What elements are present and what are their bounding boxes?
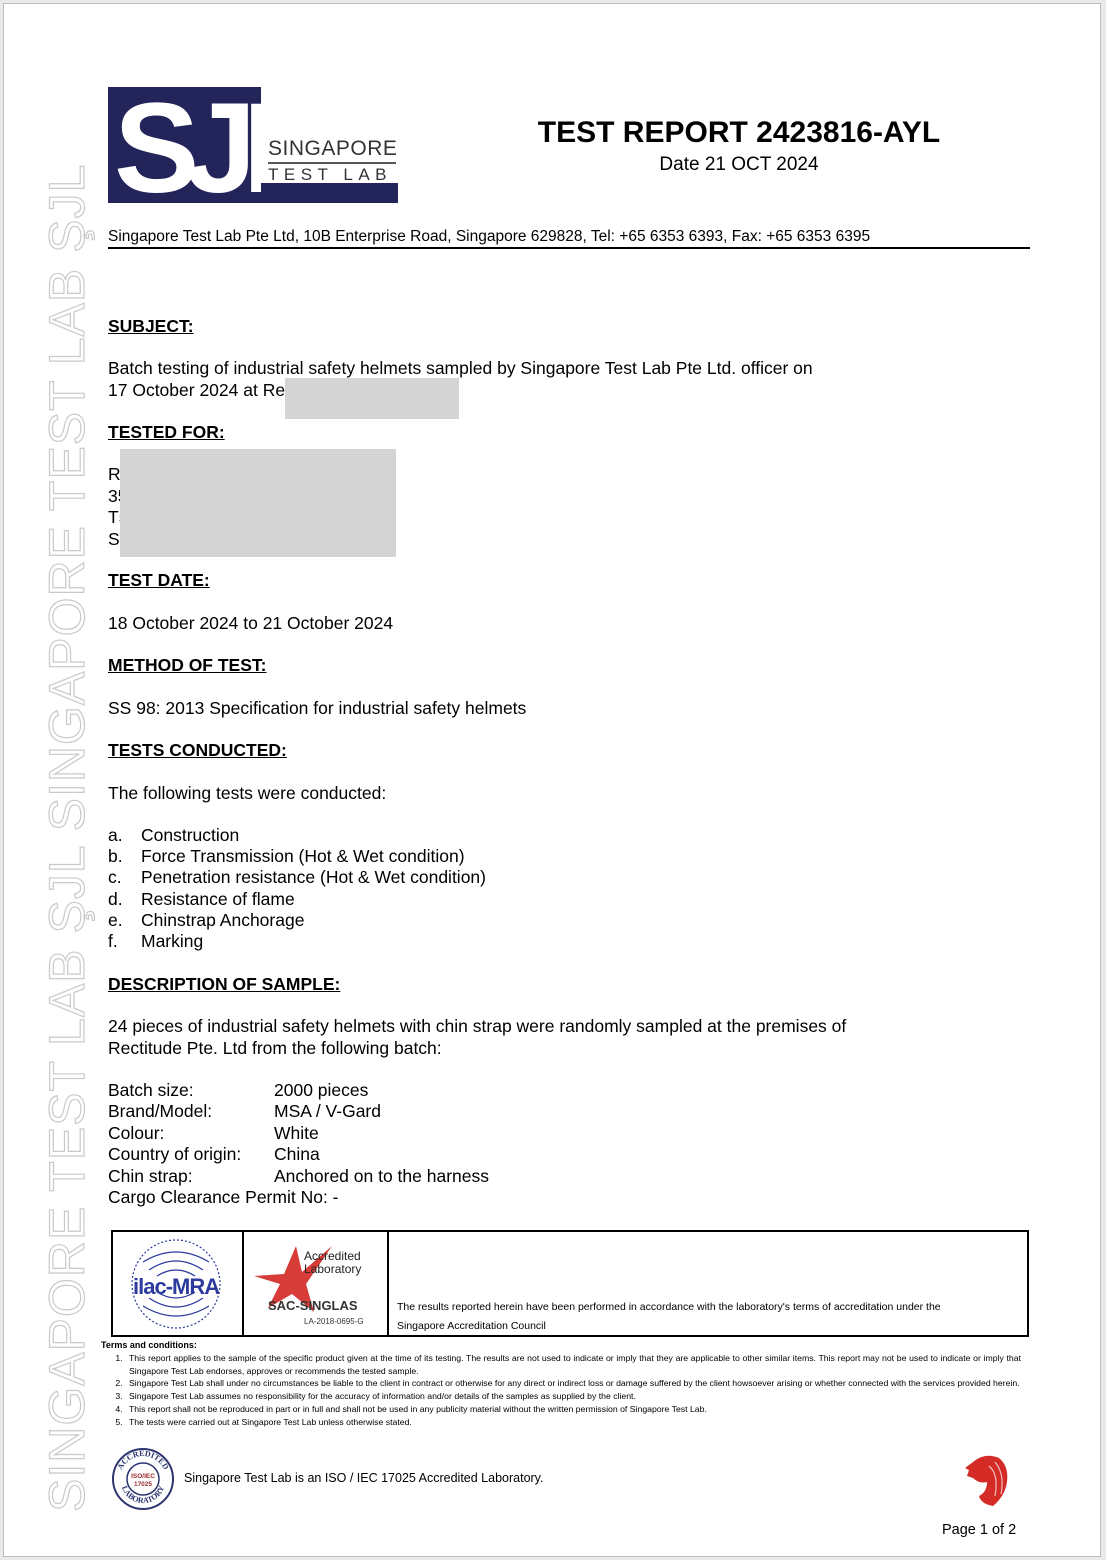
field-row: Batch size:2000 pieces	[108, 1080, 489, 1101]
subject-line-1: Batch testing of industrial safety helme…	[108, 358, 813, 380]
field-row: Chin strap:Anchored on to the harness	[108, 1166, 489, 1187]
list-item: f.Marking	[108, 931, 486, 952]
field-value: 2000 pieces	[274, 1080, 368, 1101]
field-value: Anchored on to the harness	[274, 1166, 489, 1187]
sample-line-1: 24 pieces of industrial safety helmets w…	[108, 1016, 846, 1038]
subject-text: Batch testing of industrial safety helme…	[108, 358, 813, 401]
list-marker: d.	[108, 889, 141, 910]
logo-text-singapore: SINGAPORE	[268, 137, 397, 161]
field-key: Brand/Model:	[108, 1101, 274, 1122]
statement-line-2: Singapore Accreditation Council	[397, 1317, 1017, 1336]
logo-divider	[268, 162, 396, 164]
terms-list: This report applies to the sample of the…	[101, 1352, 1021, 1429]
list-label: Resistance of flame	[141, 889, 295, 910]
field-key: Batch size:	[108, 1080, 274, 1101]
field-row: Country of origin:China	[108, 1144, 489, 1165]
field-row: Colour:White	[108, 1123, 489, 1144]
logo-text-testlab: TEST LAB	[268, 165, 392, 185]
sample-heading: DESCRIPTION OF SAMPLE:	[108, 974, 340, 995]
list-item: a.Construction	[108, 825, 486, 846]
list-marker: c.	[108, 867, 141, 888]
field-key: Colour:	[108, 1123, 274, 1144]
accreditation-statement-cell: The results reported herein have been pe…	[389, 1232, 1027, 1335]
report-title: TEST REPORT 2423816-AYL	[474, 116, 1004, 150]
ilac-label: ilac-MRA	[133, 1274, 219, 1300]
sac-name: SAC-SINGLAS	[268, 1298, 358, 1313]
field-row: Cargo Clearance Permit No: -	[108, 1187, 489, 1208]
logo-bar	[261, 183, 398, 203]
sample-fields: Batch size:2000 pieces Brand/Model:MSA /…	[108, 1080, 489, 1208]
iso-statement: Singapore Test Lab is an ISO / IEC 17025…	[184, 1471, 543, 1485]
sac-line-2: Laboratory	[304, 1263, 361, 1276]
tests-conducted-heading: TESTS CONDUCTED:	[108, 740, 287, 761]
field-value: White	[274, 1123, 319, 1144]
terms-item: Singapore Test Lab shall under no circum…	[125, 1377, 1021, 1390]
logo-monogram: SJL	[114, 87, 261, 203]
redaction-block	[285, 378, 459, 419]
list-item: d.Resistance of flame	[108, 889, 486, 910]
sac-code: LA-2018-0695-G	[304, 1317, 364, 1326]
lab-address: Singapore Test Lab Pte Ltd, 10B Enterpri…	[108, 228, 1030, 249]
terms-item: This report shall not be reproduced in p…	[125, 1403, 1021, 1416]
page-number: Page 1 of 2	[942, 1522, 1016, 1538]
accreditation-statement: The results reported herein have been pe…	[397, 1298, 1017, 1336]
test-date-heading: TEST DATE:	[108, 570, 210, 591]
document-page: SINGAPORE TEST LAB ŞJL SINGAPORE TEST LA…	[3, 3, 1101, 1557]
list-label: Force Transmission (Hot & Wet condition)	[141, 846, 465, 867]
list-label: Construction	[141, 825, 239, 846]
list-marker: e.	[108, 910, 141, 931]
subject-heading: SUBJECT:	[108, 316, 194, 337]
tested-for-heading: TESTED FOR:	[108, 422, 225, 443]
sample-line-2: Rectitude Pte. Ltd from the following ba…	[108, 1038, 846, 1060]
redaction-block	[120, 449, 396, 557]
subject-line-2: 17 October 2024 at Re	[108, 380, 813, 402]
accreditation-table: ilac-MRA Accredited Laboratory SAC-SINGL…	[111, 1230, 1029, 1337]
field-key: Chin strap:	[108, 1166, 274, 1187]
sac-singlas-logo: Accredited Laboratory SAC-SINGLAS LA-201…	[244, 1232, 389, 1335]
list-label: Penetration resistance (Hot & Wet condit…	[141, 867, 486, 888]
tests-intro: The following tests were conducted:	[108, 783, 386, 805]
iso-accredited-seal-icon: ACCREDITED LABORATORY ISO/IEC 17025	[112, 1448, 174, 1510]
logo-monogram-block: SJL	[108, 87, 261, 203]
list-marker: a.	[108, 825, 141, 846]
svg-text:ISO/IEC: ISO/IEC	[131, 1473, 155, 1480]
method-value: SS 98: 2013 Specification for industrial…	[108, 698, 526, 720]
ilac-mra-logo: ilac-MRA	[113, 1232, 244, 1335]
list-marker: b.	[108, 846, 141, 867]
test-date-value: 18 October 2024 to 21 October 2024	[108, 613, 393, 635]
svg-text:17025: 17025	[134, 1481, 152, 1488]
terms-item: The tests were carried out at Singapore …	[125, 1416, 1021, 1429]
list-label: Chinstrap Anchorage	[141, 910, 304, 931]
sac-accredited-text: Accredited Laboratory	[304, 1250, 361, 1276]
list-item: c.Penetration resistance (Hot & Wet cond…	[108, 867, 486, 888]
report-date: Date 21 OCT 2024	[474, 154, 1004, 176]
stl-logo: SJL SINGAPORE TEST LAB	[108, 87, 398, 203]
terms-and-conditions: Terms and conditions: This report applie…	[101, 1339, 1021, 1429]
merlion-lion-head-icon	[959, 1452, 1009, 1507]
statement-line-1: The results reported herein have been pe…	[397, 1298, 1017, 1317]
method-heading: METHOD OF TEST:	[108, 655, 266, 676]
terms-title: Terms and conditions:	[101, 1339, 1021, 1352]
field-value: MSA / V-Gard	[274, 1101, 381, 1122]
watermark: SINGAPORE TEST LAB ŞJL SINGAPORE TEST LA…	[42, 164, 92, 1512]
terms-item: Singapore Test Lab assumes no responsibi…	[125, 1390, 1021, 1403]
list-marker: f.	[108, 931, 141, 952]
field-row: Brand/Model:MSA / V-Gard	[108, 1101, 489, 1122]
list-label: Marking	[141, 931, 203, 952]
terms-item: This report applies to the sample of the…	[125, 1352, 1021, 1378]
list-item: b.Force Transmission (Hot & Wet conditio…	[108, 846, 486, 867]
list-item: e.Chinstrap Anchorage	[108, 910, 486, 931]
field-key: Cargo Clearance Permit No: -	[108, 1187, 339, 1208]
field-key: Country of origin:	[108, 1144, 274, 1165]
tests-list: a.Construction b.Force Transmission (Hot…	[108, 825, 486, 952]
field-value: China	[274, 1144, 320, 1165]
sample-description: 24 pieces of industrial safety helmets w…	[108, 1016, 846, 1059]
